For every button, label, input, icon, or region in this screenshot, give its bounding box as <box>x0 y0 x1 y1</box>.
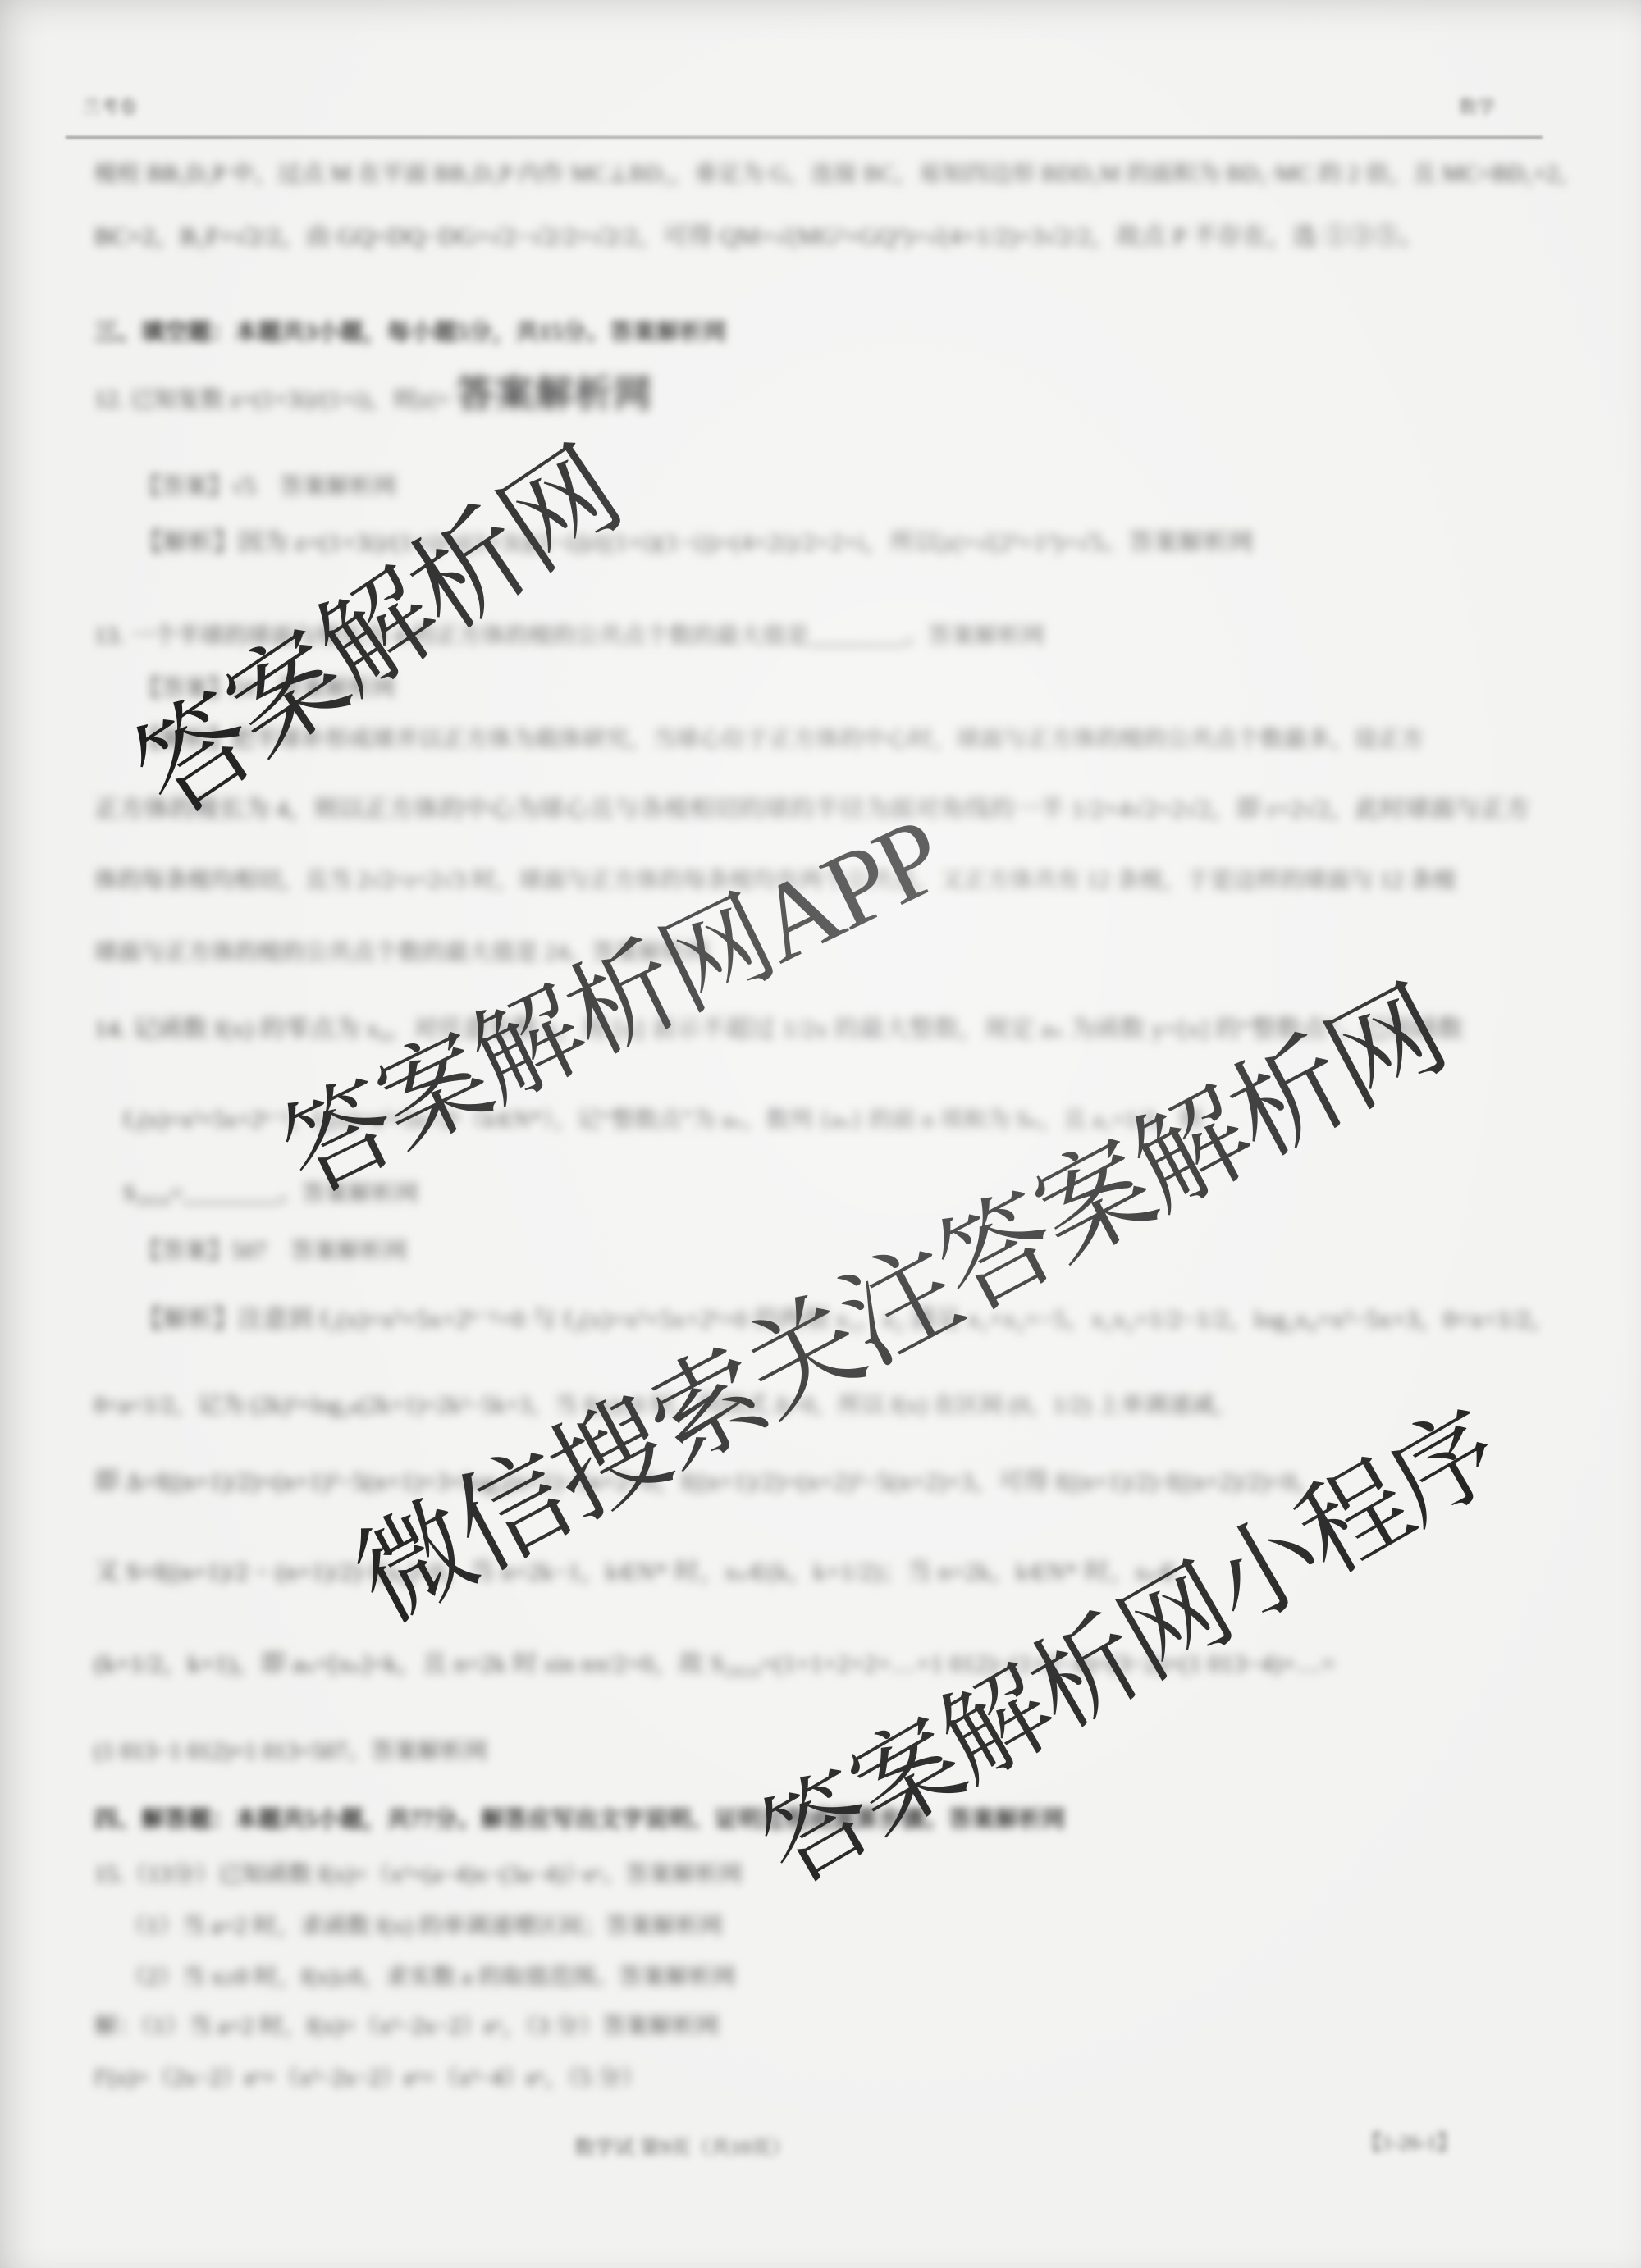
analysis-14-line-4: 又 S=f((n+1)/2 − (n+1)/2)·f(x₀)<0，当 n=2k−… <box>94 1558 1177 1587</box>
watermark-app: 答案解析网APP <box>253 769 962 1222</box>
footer-page-number: 数学试 第9页（共10页） <box>574 2138 792 2161</box>
solution-15-line-2: f′(x)=（2x−2）eˣ+（x²−2x−2）eˣ=（x²−4）eˣ，（5 分… <box>94 2065 645 2092</box>
question-15-part-1: （1）当 a=2 时，求函数 f(x) 的单调递增区间；答案解析网 <box>123 1914 723 1940</box>
footer-code: 【1-26-1】 <box>1362 2133 1457 2156</box>
section-header-fill-in: 三、填空题：本题共3小题，每小题5分，共15分。答案解析网 <box>94 320 727 346</box>
header-rule <box>66 136 1543 139</box>
solution-line-q11-1: 棱柱 BB₁D₁P 中，过点 M 在平面 BB₁D₁P 内作 MC⊥BD₁，垂足… <box>94 162 1582 188</box>
question-12: 12. 已知复数 z=(1+3i)/(1+i)，则|z|= 答案解析网 <box>94 373 653 417</box>
question-15: 15.（13分）已知函数 f(x)=（x²+(a−4)x−(3a−4)）·eˣ。… <box>94 1862 743 1888</box>
solution-line-q11-2: BC=2，B₁F=√2/2，由 GQ=DQ−DG=√2−√2/2=√2/2，可得… <box>94 223 1424 252</box>
analysis-12: 【解析】因为 z=(1+3i)/(1+i)=((1+3i)(1−i))/((1+… <box>138 529 1254 558</box>
question-15-part-2: （2）当 x≥0 时，f(x)≥0，求实数 a 的取值范围。答案解析网 <box>123 1965 736 1991</box>
header-left-label: 兰考卷 <box>82 97 138 117</box>
question-12-text: 12. 已知复数 z=(1+3i)/(1+i)，则|z|= <box>94 387 450 413</box>
header-right-label: 数学 <box>1459 97 1496 117</box>
watermark-mini-program: 答案解析网小程序 <box>729 1367 1521 1914</box>
answer-12: 【答案】√5 答案解析网 <box>138 474 396 500</box>
scanned-exam-page: 兰考卷 数学 棱柱 BB₁D₁P 中，过点 M 在平面 BB₁D₁P 内作 MC… <box>0 0 1641 2268</box>
answer-14: 【答案】507 答案解析网 <box>138 1239 408 1265</box>
analysis-14-line-6: (1 013−1 012)×1 013=507。答案解析网 <box>94 1739 488 1765</box>
solution-15-line-1: 解：（1）当 a=2 时，f(x)=（x²−2x−2）eˣ，（3 分）答案解析网 <box>94 2014 719 2040</box>
